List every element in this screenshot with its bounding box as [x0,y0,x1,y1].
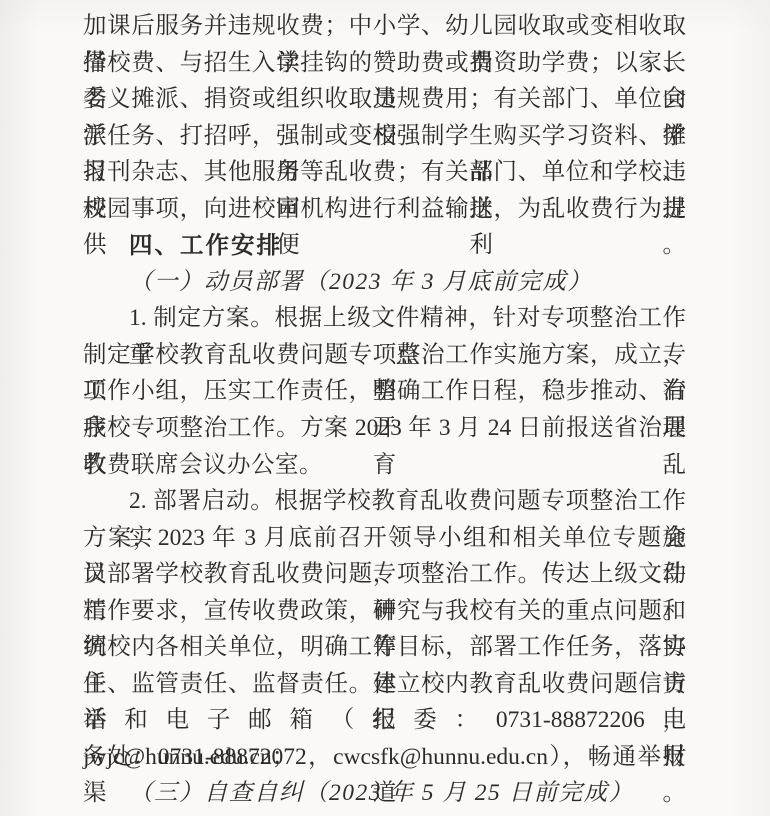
doc-line: 调校内各相关单位，明确工作目标，部署工作任务，落实主体责 [83,629,686,666]
doc-line: 校园事项，向进校园机构进行利益输送，为乱收费行为提供便利。 [83,191,686,228]
doc-line: 制定学校教育乱收费问题专项整治工作实施方案，成立专项整治 [83,337,686,374]
doc-line: 我校专项整治工作。方案 2023 年 3 月 24 日前报送省治理教育乱 [83,410,686,447]
doc-line: 报刊杂志、其他服务等乱收费；有关部门、单位和学校违规审批进 [83,154,686,191]
doc-line: 员部署学校教育乱收费问题专项整治工作。传达上级文件精神和 [83,556,686,593]
doc-line-contact-jiwei: 话和电子邮箱（纪委：0731-88872206，jwjc@hunnu.edu.c… [83,702,686,739]
doc-line-item-1-make-plan: 1. 制定方案。根据上级文件精神，针对专项整治工作重点， [83,300,686,337]
subsection-heading-self-check: （三）自查自纠（2023 年 5 月 25 日前完成） [83,775,686,812]
doc-line: 派任务、打招呼，强制或变相强制学生购买学习资料、学习用品、 [83,118,686,155]
doc-line: 择校费、与招生入学挂钩的赞助费或捐资助学费；以家长委员会 [83,45,686,82]
doc-line: 名义摊派、捐资或组织收取违规费用；有关部门、单位向学校摊 [83,81,686,118]
doc-line-item-2-deploy-launch: 2. 部署启动。根据学校教育乱收费问题专项整治工作实施 [83,483,686,520]
doc-line: 任、监管责任、监督责任。建立校内教育乱收费问题信访举报电 [83,666,686,703]
doc-line: 加课后服务并违规收费；中小学、幼儿园收取或变相收取借读费、 [83,8,686,45]
doc-line: 方案，2023 年 3 月底前召开领导小组和相关单位专题会议，动 [83,520,686,557]
subsection-heading-mobilization: （一）动员部署（2023 年 3 月底前完成） [83,264,686,301]
doc-line: 工作小组，压实工作责任，明确工作日程，稳步推动、有序开展 [83,373,686,410]
doc-line-contact-caiwuchu: 务处：0731-88872072，cwcsfk@hunnu.edu.cn），畅通… [83,739,686,776]
document-page: 加课后服务并违规收费；中小学、幼儿园收取或变相收取借读费、 择校费、与招生入学挂… [0,0,770,816]
doc-line: 工作要求，宣传收费政策，研究与我校有关的重点问题。统筹协 [83,593,686,630]
